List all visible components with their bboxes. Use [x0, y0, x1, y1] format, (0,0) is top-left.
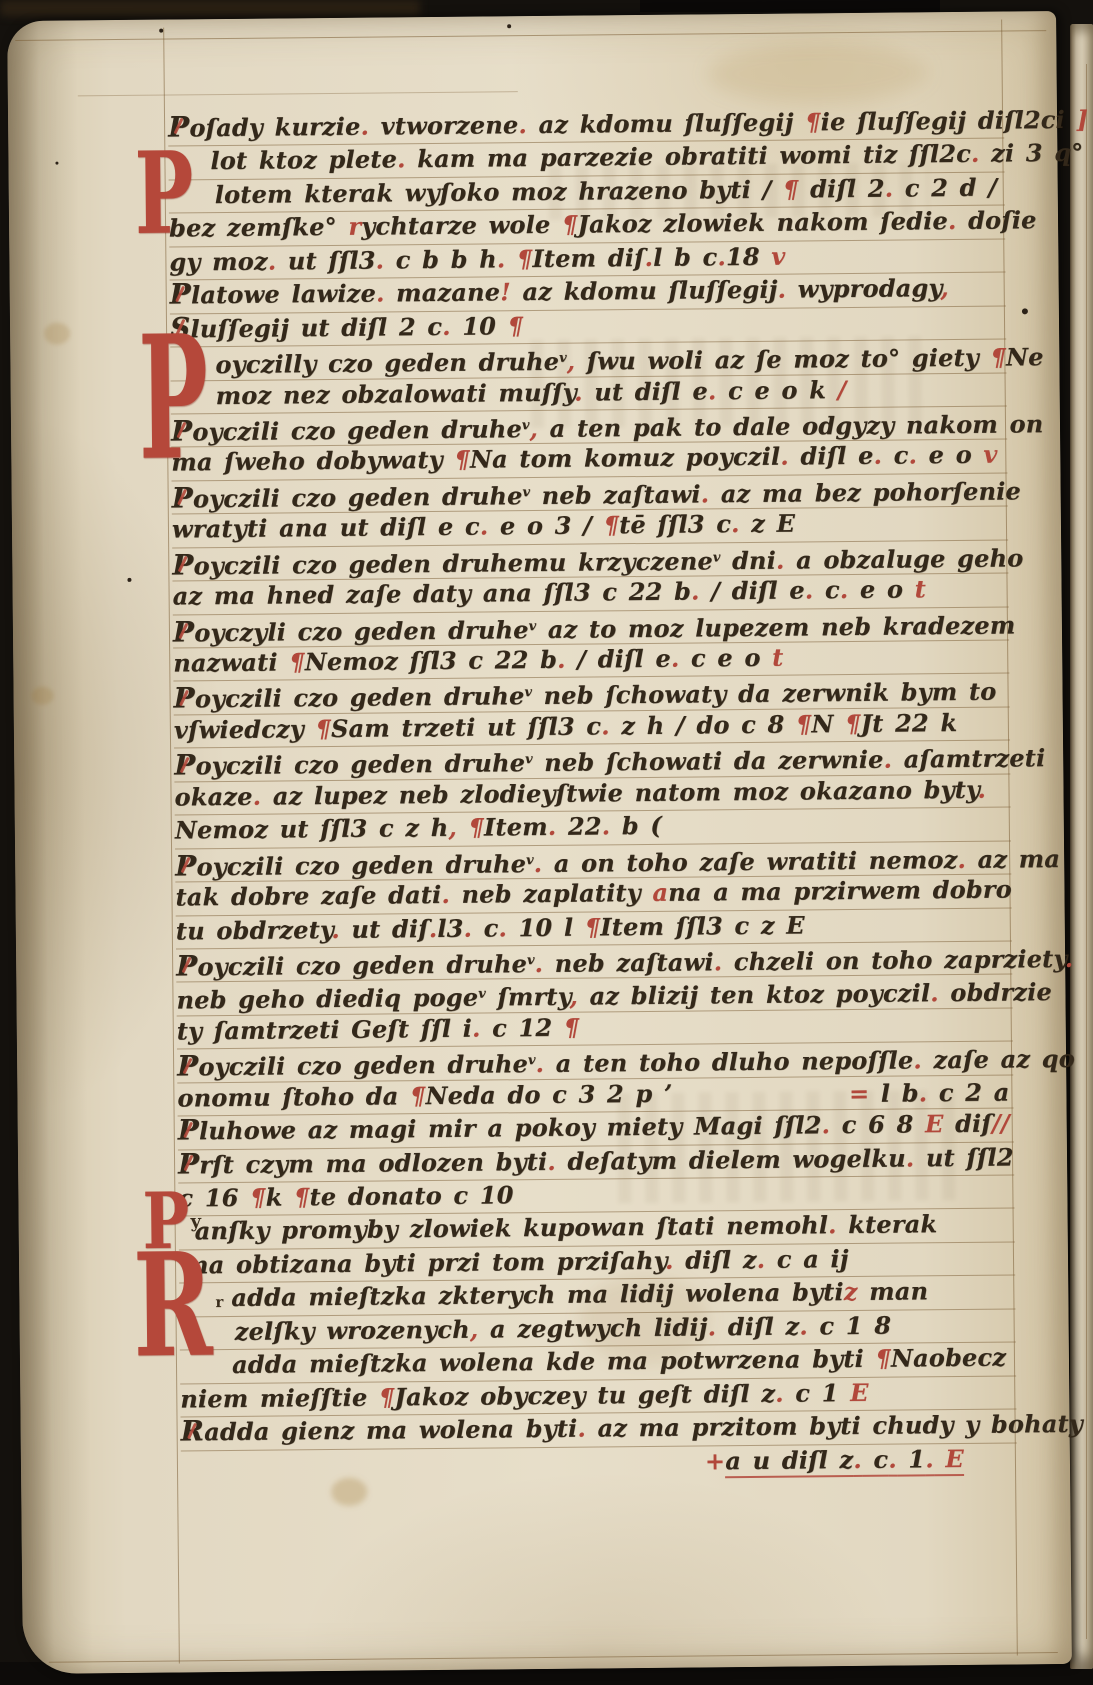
- rubric-text: ¶: [990, 343, 1006, 372]
- ink-text: neb zaſtawi: [530, 479, 701, 510]
- ink-text: oyczili czo geden druhemu krzyczene: [193, 546, 713, 580]
- rubric-text: .: [840, 575, 849, 604]
- parchment-stain: [707, 42, 928, 104]
- rubric-text: .: [913, 1046, 922, 1075]
- rubric-text: E: [850, 1377, 869, 1406]
- ink-text: c e o: [679, 643, 772, 673]
- rubric-text: .: [376, 279, 385, 308]
- rubric-text: .: [717, 242, 726, 271]
- ink-text: Na tom komuz poyczil: [470, 442, 781, 474]
- ink-text: ut diſ: [340, 914, 429, 944]
- rubric-text: t: [915, 574, 927, 603]
- rubric-text: .: [360, 112, 369, 141]
- ink-speck: [1022, 308, 1028, 314]
- ink-text: adda mieſtzka zkterych ma lidij wolena b…: [231, 1277, 844, 1312]
- rubric-text: ¶: [315, 714, 331, 743]
- margin-note: = l b. c 2 a: [849, 1078, 1010, 1110]
- ink-text: oyczili czo geden druhe: [195, 748, 525, 780]
- ink-text: c: [472, 913, 499, 942]
- ink-text: oyczili czo geden druhe: [196, 849, 526, 881]
- rubric-text: .: [1065, 944, 1074, 973]
- upper-ruling-line: [78, 91, 518, 96]
- ink-text: neb zaſtawi: [543, 947, 714, 978]
- rubric-text: .: [714, 947, 723, 976]
- rubric-text: ¶: [468, 813, 484, 842]
- ink-text: oyczyli czo geden druhe: [194, 615, 529, 647]
- ink-text: man: [857, 1277, 928, 1307]
- ink-text: chzeli on toho zaprziety: [722, 944, 1065, 976]
- ink-text: a obzaluge geho: [784, 543, 1023, 574]
- rubric-text: ,: [529, 414, 538, 443]
- rubric-text: r: [348, 212, 361, 241]
- ink-text: oſady kurzie: [189, 112, 360, 143]
- ink-text: kam ma parzezie obratiti womi tiz ſſl2c: [405, 139, 971, 173]
- next-page-ruling-line: [1086, 64, 1087, 1639]
- rubric-text: .: [442, 311, 451, 340]
- ink-text: ſmrty: [486, 982, 570, 1012]
- rubric-text: ¶: [379, 1382, 395, 1411]
- ink-text: c 12: [480, 1013, 564, 1043]
- ink-text: te donato c 10: [309, 1180, 513, 1211]
- ink-text: Nemoz ſſl3 c 22 b: [305, 645, 558, 676]
- ink-text: Jt 22 k: [860, 708, 957, 738]
- rubric-text: .: [533, 849, 542, 878]
- ink-text: c: [813, 575, 840, 604]
- background-dark-top: [640, 0, 940, 12]
- ink-text: onomu ſtoho da: [177, 1081, 410, 1112]
- ink-speck: [507, 24, 511, 28]
- rubric-text: .: [853, 1444, 862, 1476]
- ink-text: k: [265, 1182, 294, 1211]
- ink-text: zaſe az qo: [922, 1044, 1075, 1074]
- rubric-text: ¶: [875, 1344, 891, 1373]
- rubric-text: .: [925, 1444, 934, 1476]
- ink-text: doſie: [956, 206, 1036, 236]
- manuscript-photo: { "colors": { "parchment": "#e6ddc8", "i…: [0, 0, 1093, 1685]
- ink-text: c: [882, 441, 909, 470]
- ink-text: az kdomu ſluſſegij: [527, 107, 806, 139]
- rubric-text: ¶: [564, 1012, 580, 1041]
- ink-text: na a ma przirwem dobro: [668, 875, 1012, 907]
- ink-text: az to moz lupezem neb kradezem: [536, 610, 1015, 644]
- rubric-text: .: [888, 1444, 897, 1476]
- ink-text: 10: [451, 311, 508, 341]
- rubric-text: .: [644, 243, 653, 272]
- rubric-text: .: [472, 1013, 481, 1042]
- ink-speck: [159, 29, 163, 33]
- ink-text: latowe lawize: [191, 279, 376, 310]
- ink-text: Nemoz ut ſſl3 c z h: [175, 813, 449, 845]
- ink-text: neb ſchowaty da zerwnik bym to: [532, 677, 997, 710]
- ink-text: z E: [739, 509, 795, 539]
- ink-text: ſwu woli az ſe moz to° giety: [575, 343, 991, 376]
- ink-text: ut ſſl3: [276, 245, 376, 275]
- pen-flourish: r: [215, 1297, 223, 1309]
- rubric-text: .: [919, 1078, 928, 1107]
- rubric-text: .: [601, 711, 610, 740]
- bottom-ruling-line: [49, 1652, 1058, 1663]
- ink-text: obdrzie: [939, 977, 1052, 1007]
- ink-text: rſt czym ma odlozen byti: [199, 1147, 547, 1179]
- rubric-text: ¶: [796, 709, 812, 738]
- ink-text: tu obdrzety: [176, 915, 332, 945]
- ink-text: [457, 813, 469, 842]
- rubric-text: .: [700, 479, 709, 508]
- rubric-text: ¶: [562, 210, 578, 239]
- ink-text: zelſky wrozenych: [235, 1314, 470, 1345]
- rubric-text: ,: [448, 813, 457, 842]
- rubric-text: .: [534, 949, 543, 978]
- ink-text: b (: [610, 811, 662, 840]
- ink-text: c 6 8: [830, 1109, 925, 1139]
- ink-text: neb ſchowati da zerwnie: [533, 745, 884, 777]
- ink-text: anſky promyby zlowiek kupowan ſtati nemo…: [195, 1211, 829, 1246]
- ink-text: a zegtwych lidij: [478, 1312, 708, 1343]
- rubric-text: ¶: [783, 174, 799, 203]
- ink-text: l b c: [653, 242, 718, 272]
- ink-text: wratyti ana ut diſl e c: [172, 512, 480, 544]
- ink-text: oyczili czo geden druhe: [198, 1049, 528, 1081]
- ink-text: vſwiedczy: [174, 714, 316, 744]
- manuscript-page: Poſady kurzie. vtworzene. az kdomu ſluſſ…: [7, 11, 1072, 1674]
- ink-speck: [55, 162, 58, 165]
- ink-text: lotem kterak wyſoko moz hrazeno byti /: [215, 175, 784, 209]
- illuminated-initial: P: [134, 151, 194, 240]
- ink-text: Jakoz obyczey tu geſt diſl z: [394, 1378, 775, 1411]
- ink-text: az ma hned zaſe daty ana ſſl3 c 22 b: [172, 577, 691, 611]
- rubric-text: ,: [567, 347, 576, 376]
- rubric-text: .: [665, 1246, 674, 1275]
- ink-text: P: [172, 551, 194, 579]
- rubric-text: v: [771, 241, 785, 270]
- ink-text: e o: [848, 575, 915, 605]
- ink-text: ma ſweho dobywaty: [171, 445, 454, 477]
- ink-text: diſ: [943, 1109, 992, 1138]
- ink-text: az ma przitom byti chudy y bohaty: [586, 1409, 1093, 1443]
- ink-text: Item diſ: [532, 243, 644, 273]
- ink-text: oyczili czo geden druhe: [197, 949, 527, 981]
- ink-text: lot ktoz plete: [210, 145, 397, 176]
- ink-text: nazwati: [173, 647, 289, 677]
- rubric-text: ,: [470, 1314, 479, 1343]
- rubric-text: .: [518, 110, 527, 139]
- rubric-text: ]: [1065, 105, 1088, 134]
- ink-text: P: [177, 1053, 199, 1081]
- ink-text: ut ſſl2: [914, 1142, 1014, 1172]
- top-ruling-line: [15, 30, 1046, 41]
- ink-text: zi 3 q°: [979, 138, 1083, 168]
- rubric-text: ¶: [250, 1183, 266, 1212]
- rubric-text: .: [708, 376, 717, 405]
- ink-text: / diſl e: [699, 576, 805, 606]
- illuminated-initial: R: [133, 1251, 213, 1363]
- ink-text: diſl z: [716, 1311, 799, 1341]
- rubric-text: .: [547, 1146, 556, 1175]
- text-block: Poſady kurzie. vtworzene. az kdomu ſluſſ…: [168, 106, 1017, 1484]
- ink-text: N: [811, 709, 845, 738]
- ink-text: l3: [437, 913, 463, 942]
- ink-text: c 2 a: [927, 1078, 1009, 1108]
- ink-text: / diſl e: [565, 644, 671, 674]
- rubric-text: .: [805, 575, 814, 604]
- ink-text: oyczili czo geden druhe: [195, 682, 525, 714]
- ink-text: e o: [917, 440, 984, 470]
- ink-text: P: [175, 852, 197, 880]
- ink-text: 18: [726, 241, 772, 270]
- rubric-text: .: [883, 745, 892, 774]
- ink-text: diſl 2: [798, 174, 884, 204]
- rubric-text: .: [731, 509, 740, 538]
- parchment-stain: [331, 1478, 367, 1506]
- rubric-text: .: [497, 244, 506, 273]
- ink-text: c: [862, 1444, 889, 1476]
- ink-text: ty ſamtrzeti Geſt ſſl i: [177, 1013, 472, 1045]
- ink-text: P: [176, 952, 198, 980]
- ink-text: Neda do c 3 2 p ’: [425, 1078, 672, 1109]
- rubric-text: .: [268, 246, 277, 275]
- ink-text: aſamtrzeti: [892, 743, 1045, 773]
- ink-text: ychtarze wole: [361, 210, 562, 241]
- ink-text: P: [178, 1116, 200, 1144]
- ink-text: a on toho zaſe wratiti nemoz: [542, 845, 958, 878]
- rubric-text: .: [252, 781, 261, 810]
- ink-text: az ma bez pohorſenie: [709, 476, 1021, 508]
- rubric-text: .: [691, 577, 700, 606]
- ink-text: c 2 d /: [893, 172, 997, 202]
- ink-text: wyprodagy: [786, 273, 940, 303]
- ink-text: c e o k: [716, 375, 837, 405]
- ink-text: luſſegij ut diſl 2 c: [190, 312, 442, 343]
- ink-text: adda mieſtzka wolena kde ma potwrzena by…: [232, 1344, 876, 1379]
- rubric-text: .: [375, 245, 384, 274]
- ink-text: az blizij ten ktoz poyczil: [578, 979, 930, 1011]
- ink-text: a u diſl z: [725, 1445, 853, 1478]
- rubric-text: ,: [569, 982, 578, 1011]
- ink-text: diſl e: [789, 441, 874, 471]
- rubric-text: ,: [940, 273, 949, 302]
- ink-text: neb zaplatity: [450, 878, 653, 909]
- rubric-text: +: [705, 1446, 726, 1475]
- ink-text: a ten toho dluho nepoſſle: [544, 1046, 913, 1079]
- rubric-text: z: [844, 1277, 858, 1306]
- rubric-text: .: [873, 441, 882, 470]
- rubric-text: .: [957, 845, 966, 874]
- ink-text: adda gienz ma wolena byti: [204, 1414, 578, 1447]
- ink-text: az kdomu ſluſſegij: [511, 275, 778, 307]
- ink-text: Naobecz: [891, 1343, 1006, 1373]
- rubric-text: ¶: [507, 311, 523, 340]
- rubric-text: ¶: [294, 1182, 310, 1211]
- ink-text: e o 3 /: [488, 511, 604, 541]
- ink-text: P: [173, 685, 195, 713]
- ink-text: tak dobre zaſe dati: [175, 880, 441, 912]
- rubric-text: .: [780, 442, 789, 471]
- ink-text: P: [178, 1150, 200, 1178]
- ink-text: c a ij: [765, 1244, 849, 1274]
- rubric-text: .: [331, 914, 340, 943]
- ink-text: Item: [484, 812, 548, 842]
- rubric-text: E: [934, 1443, 964, 1475]
- ink-text: Item ſſl3 c z E: [600, 910, 805, 941]
- ink-text: c 1 8: [808, 1310, 892, 1340]
- ink-text: a ten pak to dale odgyzy nakom on: [538, 409, 1044, 443]
- ink-text: c 1: [784, 1378, 851, 1408]
- ink-text: az ma: [966, 844, 1060, 874]
- parchment-stain: [44, 322, 70, 344]
- ink-text: okaze: [174, 782, 252, 812]
- rubric-text: .: [535, 1049, 544, 1078]
- ink-speck: [127, 578, 131, 582]
- ink-text: R: [181, 1417, 205, 1445]
- ink-text: ut diſl e: [583, 376, 708, 406]
- rubric-text: a: [652, 878, 668, 907]
- ink-text: az lupez neb zlodieyſtwie natom moz okaz…: [261, 775, 977, 811]
- ink-text: 1: [897, 1444, 926, 1476]
- rubric-text: ¶: [517, 244, 533, 273]
- rubric-text: v: [983, 440, 997, 469]
- ink-text: oyczili czo geden druhe: [192, 414, 522, 446]
- ink-text: moz nez obzalowati muſſy: [216, 377, 575, 409]
- rubric-text: .: [977, 774, 986, 803]
- ink-text: neb geho diediq poge: [176, 983, 478, 1015]
- rubric-text: .: [828, 1211, 837, 1240]
- ink-text: dni: [720, 545, 776, 575]
- rubric-text: ¶: [454, 445, 470, 474]
- ink-text: 22: [556, 812, 602, 841]
- rubric-text: .: [574, 377, 583, 406]
- ink-text: ma obtizana byti przi tom prziſahy: [183, 1246, 665, 1280]
- ink-text: z h / do c 8: [610, 709, 797, 740]
- rubric-text: .: [708, 1312, 717, 1341]
- ink-text: P: [174, 752, 196, 780]
- ink-text: l b: [869, 1078, 919, 1107]
- ink-text: c b b h: [384, 244, 497, 274]
- rubric-text: ¶: [845, 709, 861, 738]
- ink-text: Jakoz zlowiek nakom ſedie: [577, 206, 948, 239]
- rubric-text: ¶: [805, 107, 821, 136]
- rubric-text: ¶: [289, 647, 305, 676]
- ink-text: diſl z: [673, 1245, 756, 1275]
- ink-text: Ne: [1006, 342, 1044, 371]
- rubric-text: E: [925, 1109, 944, 1138]
- ink-text: Sam trzeti ut ſſl3 c: [331, 711, 601, 743]
- rubric-text: =: [849, 1079, 870, 1108]
- ink-text: oyczilly czo geden druhe: [215, 347, 559, 379]
- ink-text: luhowe az magi mir a pokoy miety Magi ſſ…: [199, 1110, 822, 1145]
- ink-text: [505, 244, 517, 273]
- ink-text: deſatym dielem wogelku: [556, 1143, 906, 1175]
- text-line: +a u diſl z. c. 1. E: [181, 1443, 1017, 1483]
- illuminated-initial: P: [138, 333, 208, 466]
- ink-text: ie ſluſſegij diſl2ci: [821, 105, 1066, 136]
- rubric-text: ¶: [603, 510, 619, 539]
- ink-text: P: [173, 618, 195, 646]
- rubric-text: ¶: [585, 912, 601, 941]
- rubric-text: .: [908, 441, 917, 470]
- rubric-text: //: [992, 1109, 1010, 1138]
- rubric-text: .: [441, 880, 450, 909]
- ink-text: tē ſſl3 c: [619, 509, 731, 539]
- ink-text: vtworzene: [369, 110, 519, 140]
- ink-text: mazane: [384, 278, 500, 308]
- ink-text: bez zemſke°: [169, 212, 349, 243]
- binding-shadow-top: [0, 0, 420, 16]
- parchment-stain: [31, 687, 53, 705]
- rubric-text: ¶: [410, 1081, 426, 1110]
- rubric-text: /: [837, 375, 846, 404]
- rubric-text: !: [500, 277, 511, 306]
- rubric-text: t: [772, 643, 784, 672]
- ink-text: kterak: [837, 1210, 938, 1240]
- ink-text: 10 l: [507, 912, 585, 942]
- ink-text: oyczili czo geden druhe: [193, 481, 523, 513]
